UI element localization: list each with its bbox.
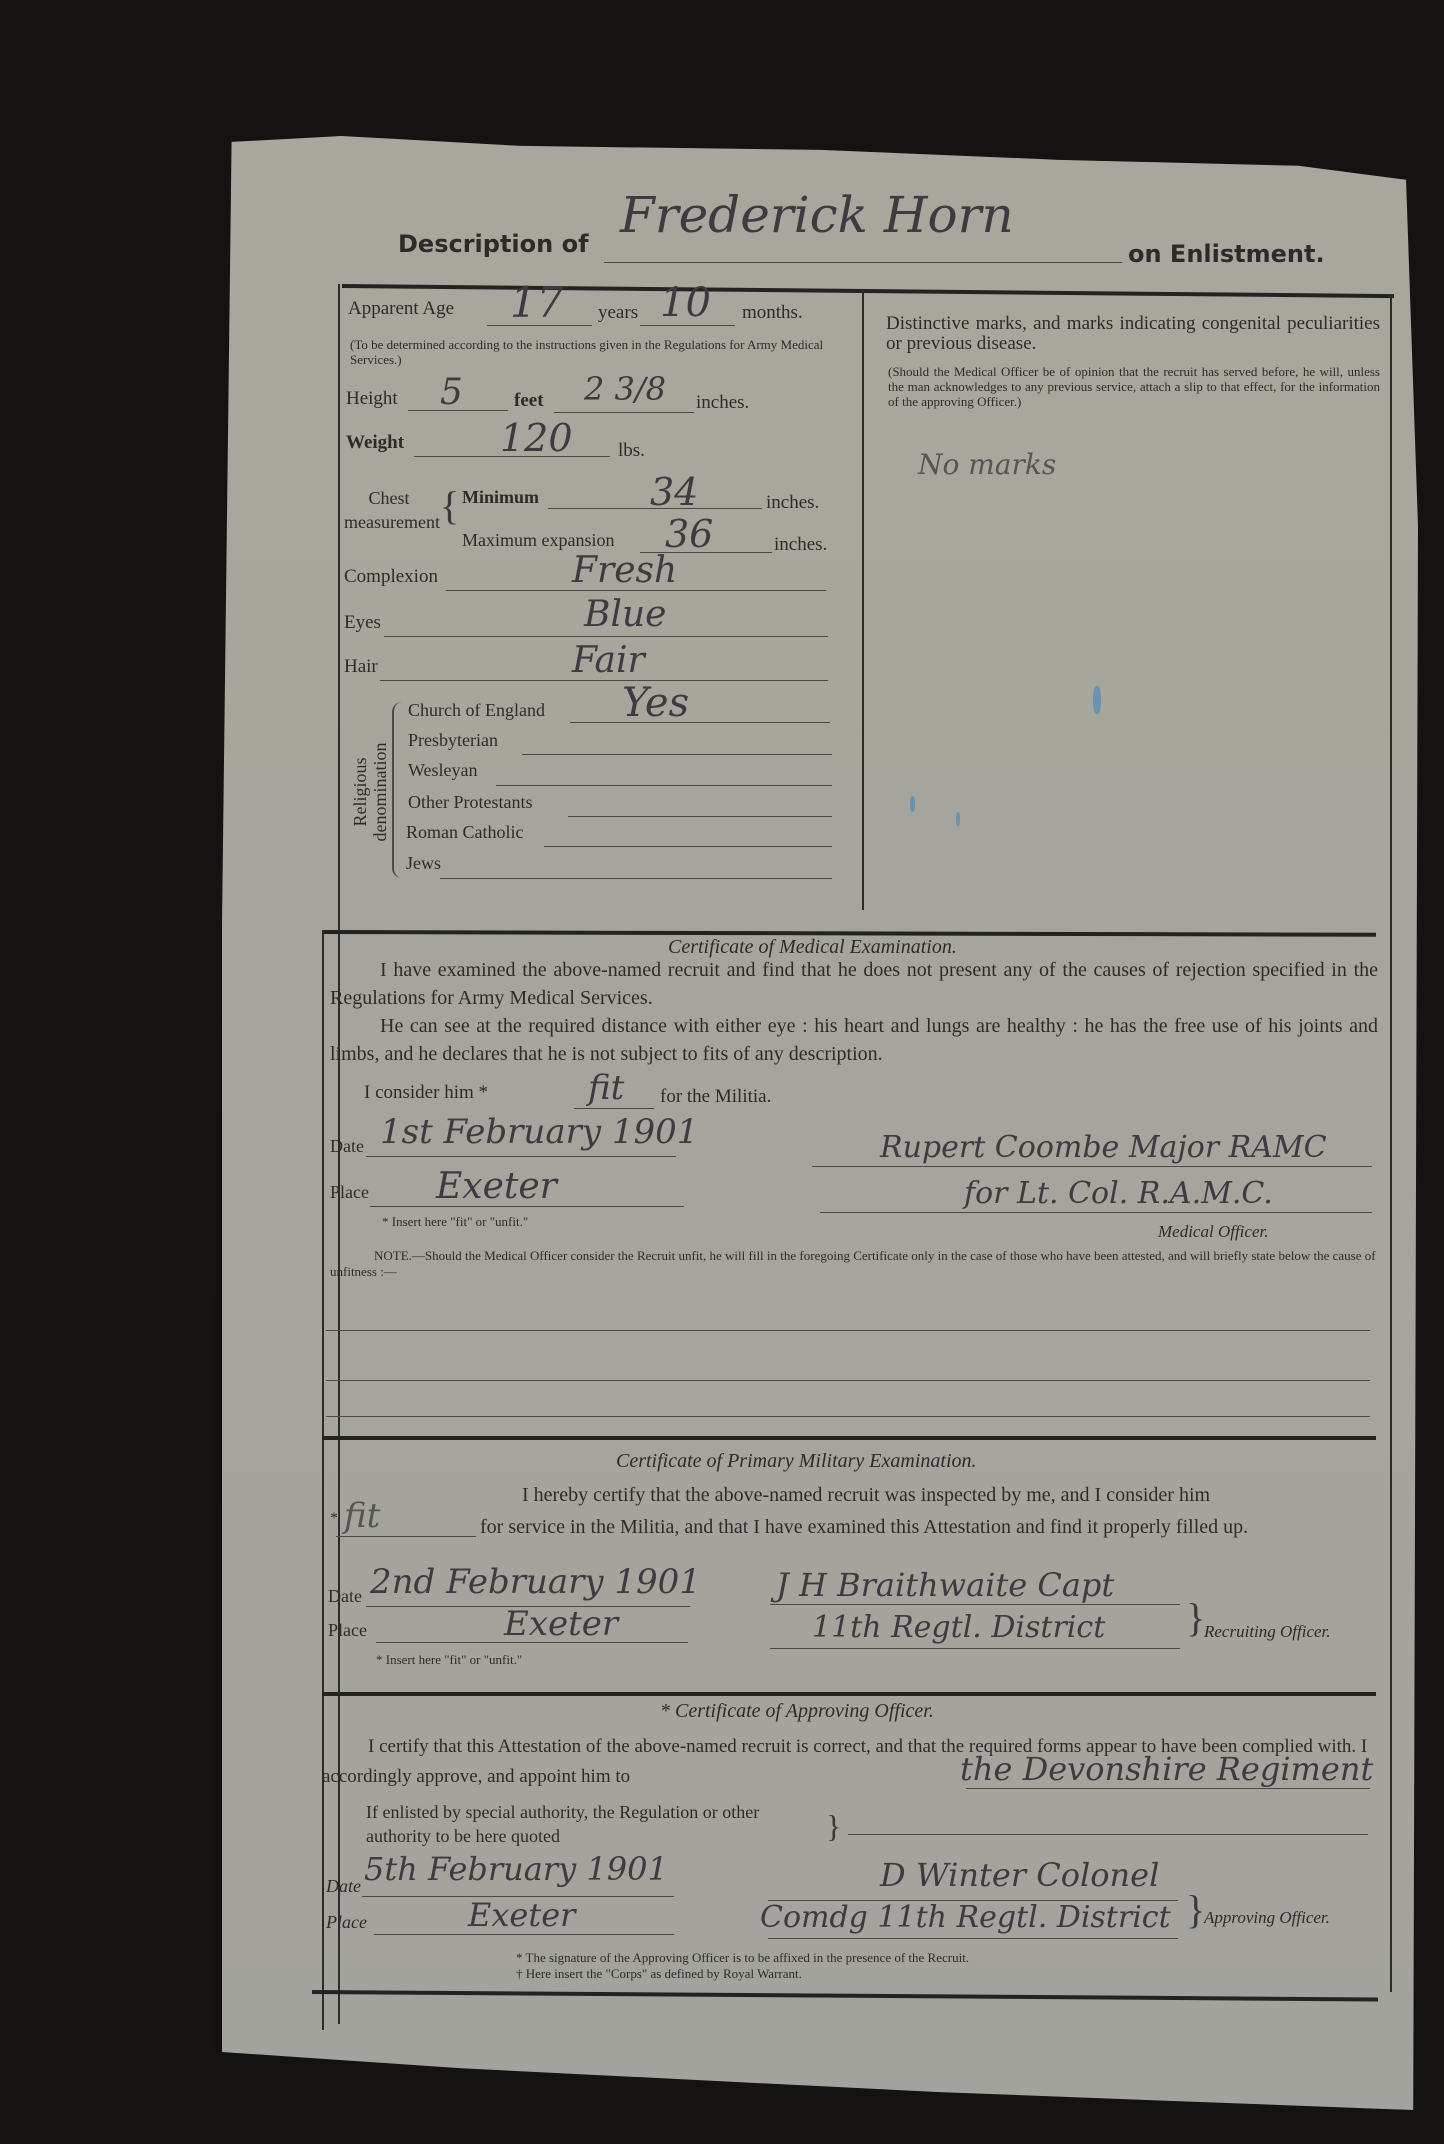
approving-signature-2: Comdg 11th Regtl. District [760,1900,1171,1935]
approving-date-label: Date [326,1876,361,1897]
religion-value-church-of-england: Yes [622,680,689,726]
medical-date-line [366,1156,676,1157]
primary-signature-line-1 [770,1604,1180,1605]
religion-label-roman-catholic: Roman Catholic [406,822,523,843]
authority-label: If enlisted by special authority, the Re… [366,1800,826,1848]
header-prefix: Description of [398,230,589,258]
medical-place-value: Exeter [436,1166,557,1207]
authority-brace: } [826,1806,841,1846]
primary-brace: } [1186,1598,1205,1638]
primary-top-rule [322,1436,1376,1440]
consider-prefix: I consider him * [364,1082,488,1104]
corps-value: the Devonshire Regiment [960,1750,1373,1788]
approving-footnote-1: * The signature of the Approving Officer… [516,1950,969,1966]
unfitness-line-1 [326,1330,1370,1331]
age-years-value: 17 [510,278,563,327]
lbs-label: lbs. [618,440,645,462]
medical-signature-2: for Lt. Col. R.A.M.C. [964,1176,1273,1211]
approving-date-value: 5th February 1901 [364,1850,668,1888]
medical-place-label: Place [330,1182,369,1203]
chest-max-unit: inches. [774,534,827,556]
religion-group-label: Religious denomination [350,722,390,862]
primary-signature-1: J H Braithwaite Capt [776,1566,1114,1604]
consider-suffix: for the Militia. [660,1086,771,1108]
inches-label: inches. [696,392,749,414]
approving-place-line [374,1934,674,1935]
years-label: years [598,302,638,324]
primary-date-value: 2nd February 1901 [370,1562,701,1602]
recruit-name: Frederick Horn [620,186,1014,244]
religion-brace [392,702,402,878]
religion-label-jews: Jews [406,853,441,874]
height-inches-line [554,412,694,413]
medical-note: NOTE.—Should the Medical Officer conside… [330,1248,1378,1280]
height-feet-value: 5 [440,372,463,413]
medical-signature-line-1 [812,1166,1372,1167]
approving-signature-1: D Winter Colonel [880,1856,1159,1894]
marks-heading: Distinctive marks, and marks indicating … [886,314,1380,354]
primary-place-value: Exeter [504,1604,618,1644]
weight-value: 120 [500,416,573,460]
approving-footnote-2: † Here insert the "Corps" as defined by … [516,1966,802,1982]
religion-line-roman-catholic [544,846,832,847]
chest-min-value: 34 [650,470,698,514]
column-divider [862,290,864,910]
primary-signature-line-2 [770,1648,1180,1649]
marks-value: No marks [918,448,1056,481]
feet-label: feet [514,390,544,412]
apparent-age-label: Apparent Age [348,298,454,320]
approving-officer-label: Approving Officer. [1204,1908,1330,1928]
primary-place-label: Place [328,1620,367,1641]
primary-insert-note: * Insert here "fit" or "unfit." [376,1652,522,1668]
unfitness-line-3 [326,1416,1370,1417]
religion-line-presbyterian [522,754,832,755]
approving-place-value: Exeter [468,1896,575,1934]
hair-label: Hair [344,656,378,678]
medical-fitness-line [574,1108,654,1109]
left-border-lower [322,930,324,2030]
primary-signature-2: 11th Regtl. District [812,1610,1105,1645]
complexion-label: Complexion [344,566,438,588]
corps-line [966,1788,1370,1789]
chest-label: Chest measurement [344,486,434,534]
religion-label-church-of-england: Church of England [408,700,545,721]
medical-officer-label: Medical Officer. [1158,1222,1268,1242]
right-border [1390,296,1392,1992]
name-underline [604,262,1122,263]
approving-signature-line-2 [768,1938,1178,1939]
medical-date-value: 1st February 1901 [380,1112,698,1152]
approving-top-rule [322,1692,1376,1696]
religion-line-church-of-england [570,722,830,723]
eyes-line [384,636,828,637]
height-label: Height [346,388,398,410]
medical-signature-line-2 [820,1212,1372,1213]
approving-place-label: Place [326,1912,367,1933]
primary-date-label: Date [328,1586,362,1607]
religion-line-wesleyan [496,785,832,786]
age-note: (To be determined according to the instr… [350,337,840,367]
primary-fitness-value: fit [344,1496,380,1536]
ink-spot [1093,686,1101,714]
marks-note: (Should the Medical Officer be of opinio… [888,364,1380,409]
recruiting-officer-label: Recruiting Officer. [1204,1622,1331,1642]
ink-spot [956,812,960,826]
primary-fitness-line [336,1536,476,1537]
authority-line [848,1834,1368,1835]
religion-label-other-protestants: Other Protestants [408,792,532,813]
ink-spot [910,796,915,812]
header-suffix: on Enlistment. [1128,240,1325,268]
eyes-label: Eyes [344,612,381,634]
chest-min-unit: inches. [766,492,819,514]
medical-fitness-value: fit [588,1068,624,1108]
months-label: months. [742,302,803,324]
religion-line-jews [440,878,832,879]
religion-label-presbyterian: Presbyterian [408,730,498,751]
medical-para-2: He can see at the required distance with… [330,1012,1378,1068]
chest-max-label: Maximum expansion [462,530,614,551]
unfitness-line-2 [326,1380,1370,1381]
age-months-value: 10 [660,280,711,326]
medical-insert-note: * Insert here "fit" or "unfit." [382,1214,528,1230]
medical-signature-1: Rupert Coombe Major RAMC [880,1130,1327,1165]
primary-para-end: for service in the Militia, and that I h… [480,1516,1248,1539]
chest-min-label: Minimum [462,487,539,508]
religion-line-other-protestants [568,816,832,817]
hair-value: Fair [572,640,645,681]
complexion-value: Fresh [572,550,677,591]
primary-para-start: I hereby certify that the above-named re… [522,1484,1210,1507]
height-inches-value: 2 3/8 [584,370,666,408]
approving-title: * Certificate of Approving Officer. [660,1700,934,1723]
weight-label: Weight [346,432,404,454]
religion-label-wesleyan: Wesleyan [408,760,478,781]
approving-brace: } [1186,1890,1205,1930]
medical-para-1: I have examined the above-named recruit … [330,956,1378,1012]
primary-title: Certificate of Primary Military Examinat… [616,1450,977,1473]
medical-date-label: Date [330,1136,364,1157]
chest-brace: { [440,486,459,526]
eyes-value: Blue [584,594,666,635]
